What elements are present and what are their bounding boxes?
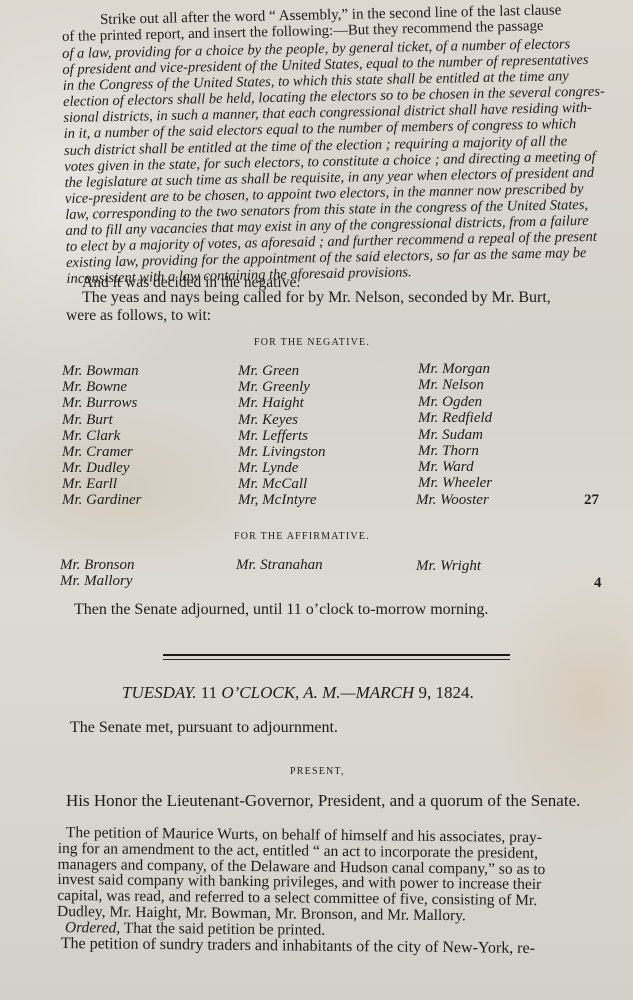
senator-name: Mr. Cramer: [62, 444, 133, 461]
ordered-word: Ordered,: [65, 919, 120, 937]
present-heading: PRESENT,: [290, 764, 345, 780]
senate-met-line: The Senate met, pursuant to adjournment.: [70, 720, 338, 736]
senator-name: Mr. Stranahan: [236, 557, 323, 574]
yeas-nays-line-2: were as follows, to wit:: [66, 308, 211, 324]
present-line: His Honor the Lieutenant-Governor, Presi…: [66, 793, 580, 809]
session-heading: TUESDAY. 11 O’CLOCK, A. M.—MARCH 9, 1824…: [122, 685, 474, 701]
senator-name: Mr. McCall: [238, 476, 307, 493]
negative-total: 27: [584, 492, 599, 509]
senator-name: Mr. Ward: [418, 459, 474, 476]
senator-name: Mr. Keyes: [238, 412, 298, 429]
session-day: TUESDAY.: [122, 683, 196, 702]
adjourned-line: Then the Senate adjourned, until 11 o’cl…: [74, 602, 488, 618]
affirmative-total: 4: [594, 575, 602, 592]
senator-name: Mr. Lefferts: [238, 428, 308, 445]
senator-name: Mr. Bowne: [62, 379, 127, 396]
section-divider-thin: [163, 659, 510, 660]
negative-heading: FOR THE NEGATIVE.: [254, 335, 370, 351]
senator-name: Mr. Nelson: [418, 377, 484, 394]
session-hour: 11: [201, 683, 217, 702]
senator-name: Mr. Ogden: [418, 394, 482, 411]
senator-name: Mr, McIntyre: [238, 492, 317, 509]
senator-name: Mr. Greenly: [238, 379, 310, 396]
section-divider: [163, 654, 510, 656]
yeas-nays-line-1: The yeas and nays being called for by Mr…: [82, 290, 551, 306]
session-time-month: O’CLOCK, A. M.—MARCH: [221, 683, 414, 702]
senator-name: Mr. Livingston: [238, 444, 326, 461]
senator-name: Mr. Sudam: [418, 427, 483, 444]
amendment-italic-block: of a law, providing for a choice by the …: [62, 36, 607, 288]
senator-name: Mr. Burt: [62, 412, 113, 429]
senator-name: Mr. Burrows: [62, 395, 137, 412]
senator-name: Mr. Mallory: [60, 573, 133, 590]
senator-name: Mr. Morgan: [418, 361, 490, 378]
senator-name: Mr. Wooster: [416, 492, 489, 509]
senator-name: Mr. Dudley: [62, 460, 130, 477]
senator-name: Mr. Clark: [62, 428, 120, 445]
senator-name: Mr. Earll: [62, 476, 117, 493]
senator-name: Mr. Thorn: [418, 443, 479, 460]
senator-name: Mr. Wright: [416, 558, 481, 575]
petition-paragraph: The petition of Maurice Wurts, on behalf…: [57, 825, 618, 957]
senator-name: Mr. Green: [238, 363, 299, 380]
senator-name: Mr. Haight: [238, 395, 304, 412]
senator-name: Mr. Bowman: [62, 363, 139, 380]
senator-name: Mr. Gardiner: [62, 492, 141, 509]
senator-name: Mr. Lynde: [238, 460, 298, 477]
session-date: 9, 1824.: [418, 683, 473, 702]
affirmative-heading: FOR THE AFFIRMATIVE.: [234, 529, 370, 545]
document-page: Strike out all after the word “ Assembly…: [0, 0, 633, 1000]
senator-name: Mr. Bronson: [60, 557, 134, 574]
senator-name: Mr. Wheeler: [418, 475, 492, 492]
senator-name: Mr. Redfield: [418, 410, 492, 427]
